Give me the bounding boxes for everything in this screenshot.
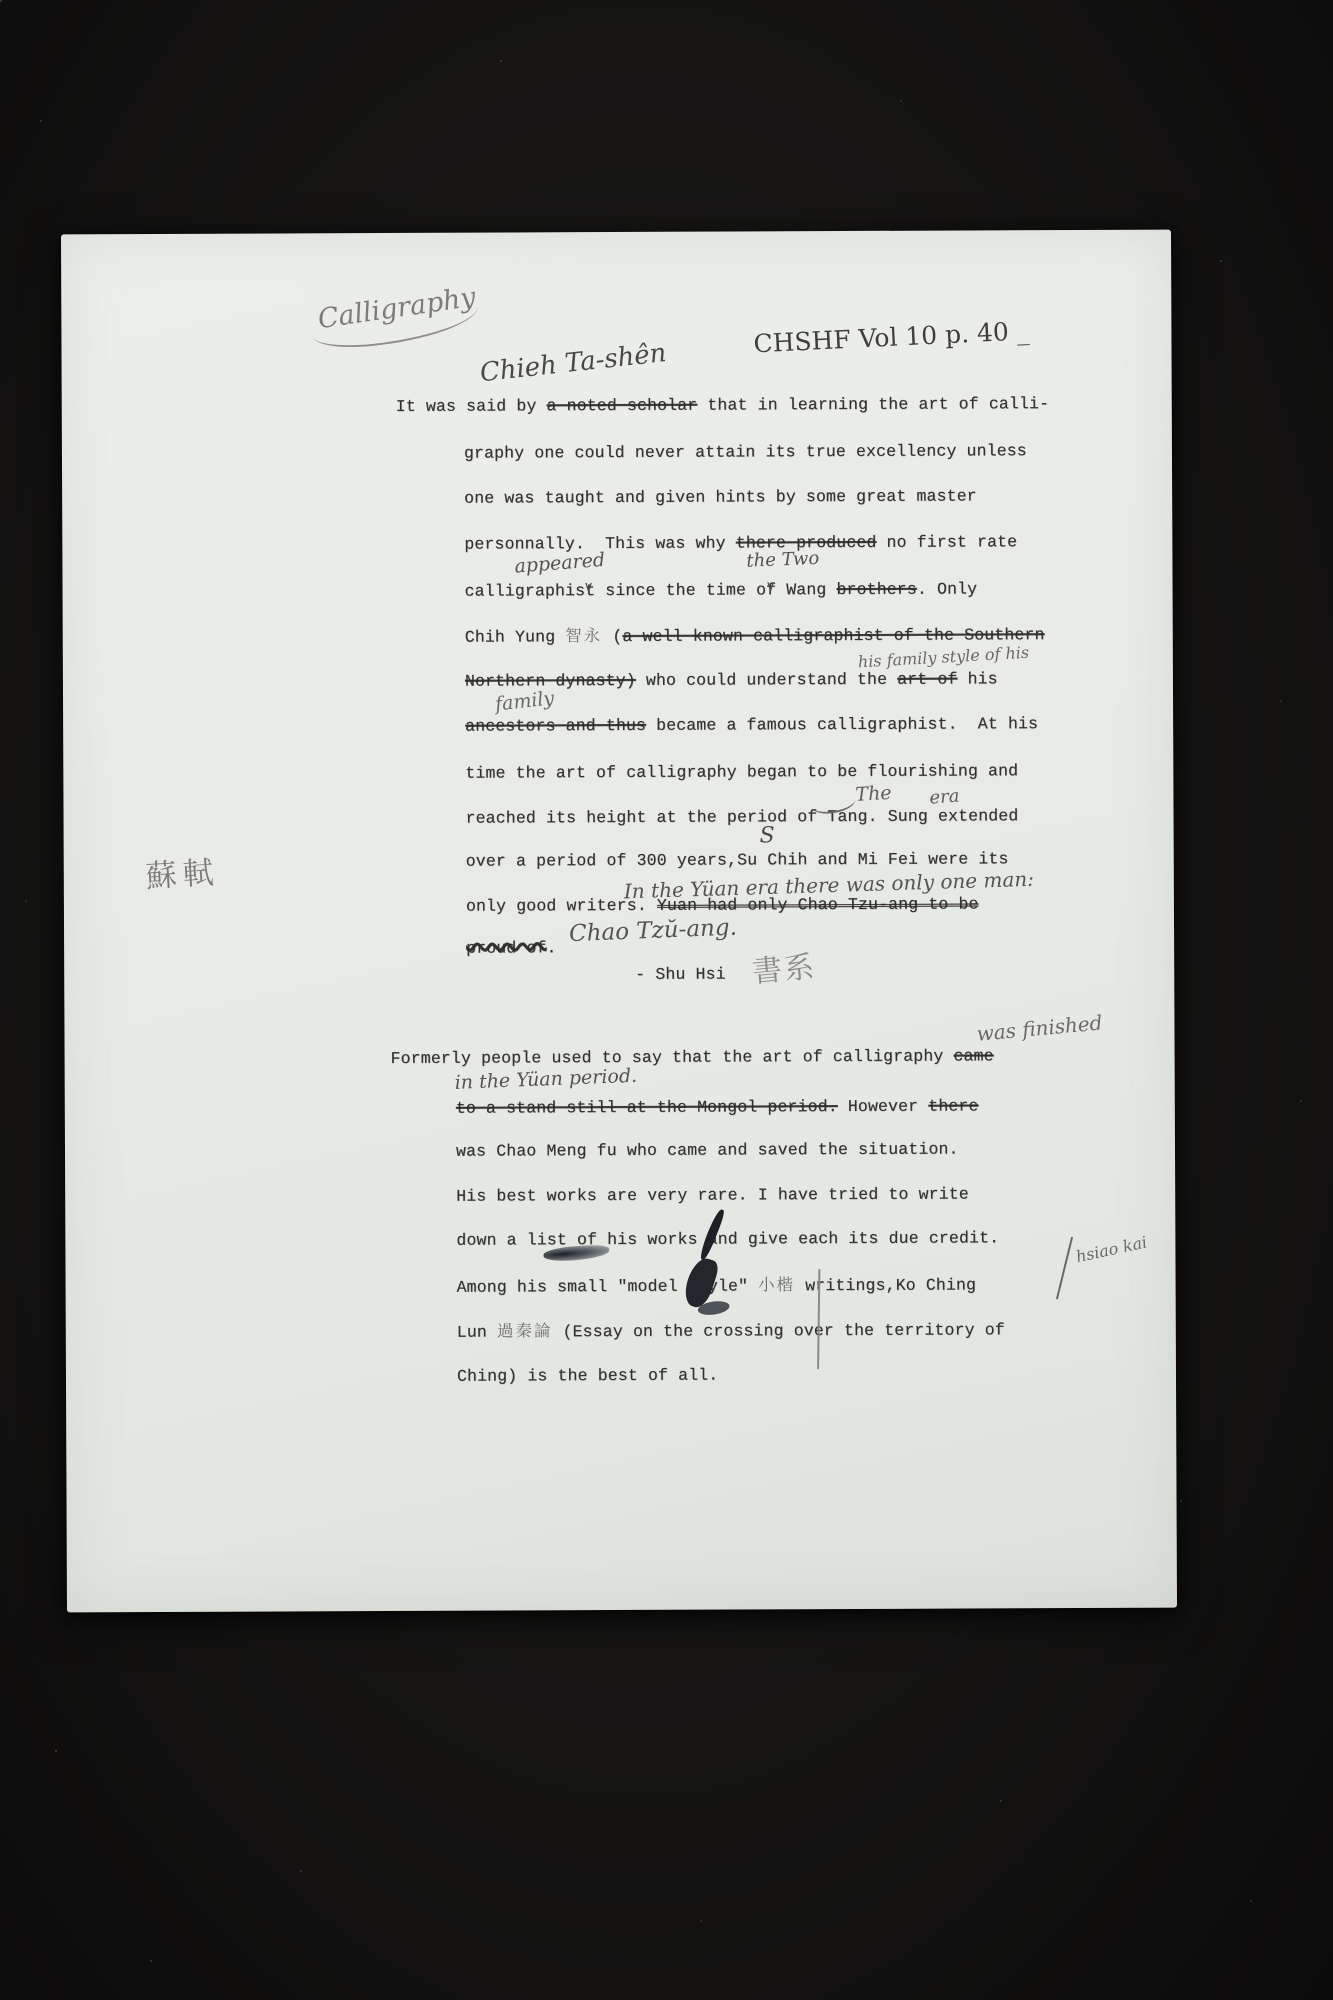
typed-line-3: one was taught and given hints by some g… xyxy=(464,488,977,507)
typed-segment: . Only xyxy=(917,579,977,598)
typed-segment: Ching) is the best of all. xyxy=(457,1366,718,1386)
hsiao-kai-romanization-note: hsiao kai xyxy=(1075,1234,1149,1265)
typed-line-9: time the art of calligraphy began to be … xyxy=(465,763,1018,782)
photo-background: { "scene": { "background_color": "#14131… xyxy=(0,0,1333,2000)
struck-segment: came xyxy=(953,1046,993,1065)
typed-segment: reached its height at the period of Tang… xyxy=(466,806,1019,827)
typed-segment: who could understand the xyxy=(636,670,897,690)
typed-line-15: Formerly people used to say that the art… xyxy=(391,1048,994,1067)
kuo-chin-lun-chinese-characters: 過秦論 xyxy=(497,1321,553,1340)
era-correction: era xyxy=(929,787,960,807)
was-finished-correction: was finished xyxy=(976,1012,1103,1043)
appeared-correction: appeared xyxy=(514,551,606,577)
typed-segment: writings,Ko Ching xyxy=(795,1275,976,1295)
su-shih-margin-characters: 蘇軾 xyxy=(145,858,221,893)
typed-line-22: Lun 過秦論 (Essay on the crossing over the … xyxy=(457,1321,1005,1341)
insertion-caret-2: ∨ xyxy=(766,579,776,593)
typed-segment: His best works are very rare. I have tri… xyxy=(456,1184,969,1205)
typed-segment: It was said by xyxy=(396,396,547,416)
typed-line-20: down a list of his works and give each i… xyxy=(456,1230,999,1249)
typed-segment: one was taught and given hints by some g… xyxy=(464,486,977,507)
typed-segment: Lun xyxy=(457,1323,497,1342)
typed-segment: . xyxy=(546,938,556,957)
typed-segment: - Shu Hsi xyxy=(635,965,726,984)
dust-specks xyxy=(0,0,2,2)
typed-line-4: personnally. This was why there produced… xyxy=(464,534,1017,553)
typed-segment: was Chao Meng fu who came and saved the … xyxy=(456,1140,959,1161)
typed-segment: calligraphist since the time of Wang xyxy=(465,580,837,601)
insertion-caret-1: ∨ xyxy=(584,580,594,594)
typed-segment: his xyxy=(957,669,997,688)
typed-segment: ( xyxy=(602,627,622,646)
typed-signature-line: - Shu Hsi xyxy=(635,967,726,984)
struck-segment: brothers xyxy=(836,580,917,599)
typed-segment: Formerly people used to say that the art… xyxy=(391,1047,954,1068)
underline-flourish xyxy=(309,289,481,354)
typed-segment: (Essay on the crossing over the territor… xyxy=(552,1320,1004,1341)
struck-segment: to a stand still at the Mongol period. xyxy=(456,1097,838,1118)
typed-segment: that in learning the art of calli- xyxy=(697,394,1049,415)
hsiao-kai-chinese-characters: 小楷 xyxy=(758,1275,795,1294)
family-correction: family xyxy=(494,689,555,714)
typed-line-10: reached its height at the period of Tang… xyxy=(466,808,1019,827)
typed-line-8: ancestors and thus became a famous calli… xyxy=(465,716,1038,735)
source-reference-annotation: CHSHF Vol 10 p. 40 _ xyxy=(753,318,1030,356)
typed-segment: graphy one could never attain its true e… xyxy=(464,441,1027,462)
typed-segment: no first rate xyxy=(876,532,1017,552)
typed-line-1: It was said by a noted scholar that in l… xyxy=(396,396,1049,415)
typed-line-11: over a period of 300 years,Su Chih and M… xyxy=(466,851,1009,870)
struck-segment: a noted scholar xyxy=(546,396,697,416)
typed-segment: time the art of calligraphy began to be … xyxy=(465,761,1018,782)
shu-hsi-chinese-characters: 書系 xyxy=(751,952,817,988)
struck-segment: a well known calligraphist of the Southe… xyxy=(622,625,1044,646)
struck-segment: art of xyxy=(897,670,957,689)
pencil-vertical-divider xyxy=(817,1269,820,1369)
typed-line-13: proud of. xyxy=(466,940,557,957)
manuscript-page: Calligraphy Chieh Ta-shên CHSHF Vol 10 p… xyxy=(61,230,1177,1613)
chih-yung-chinese-characters: 智永 xyxy=(565,626,602,645)
in-yuan-period-correction: in the Yüan period. xyxy=(454,1067,637,1093)
s-letter-correction: S xyxy=(760,825,775,847)
struck-segment: ancestors and thus xyxy=(465,716,646,736)
the-correction: The xyxy=(855,784,892,805)
typed-line-23: Ching) is the best of all. xyxy=(457,1368,718,1386)
the-two-correction: the Two xyxy=(746,550,819,571)
pencil-slash-mark xyxy=(1056,1237,1073,1300)
typed-segment: over a period of 300 years,Su Chih and M… xyxy=(466,849,1009,870)
typed-line-19: His best works are very rare. I have tri… xyxy=(456,1186,969,1205)
his-family-style-correction: his family style of his xyxy=(858,645,1030,671)
typed-line-2: graphy one could never attain its true e… xyxy=(464,443,1027,462)
typed-segment: However xyxy=(838,1097,929,1116)
scribbled-segment: proud of xyxy=(466,938,547,957)
typed-segment: became a famous calligraphist. At his xyxy=(646,714,1038,735)
typed-line-18: was Chao Meng fu who came and saved the … xyxy=(456,1142,959,1161)
typed-line-21: Among his small "model style" 小楷 writing… xyxy=(457,1276,977,1296)
chao-tzu-ang-correction: Chao Tzŭ-ang. xyxy=(569,917,738,947)
typed-segment: Chih Yung xyxy=(465,627,566,646)
typed-segment: down a list of his works and give each i… xyxy=(456,1228,999,1249)
author-attribution-annotation: Chieh Ta-shên xyxy=(479,340,668,386)
typed-line-5: calligraphist since the time of Wang bro… xyxy=(465,581,978,600)
typed-line-6: Chih Yung 智永 (a well known calligraphist… xyxy=(465,626,1045,646)
typed-line-17: to a stand still at the Mongol period. H… xyxy=(456,1098,979,1117)
struck-segment: there xyxy=(928,1096,978,1115)
